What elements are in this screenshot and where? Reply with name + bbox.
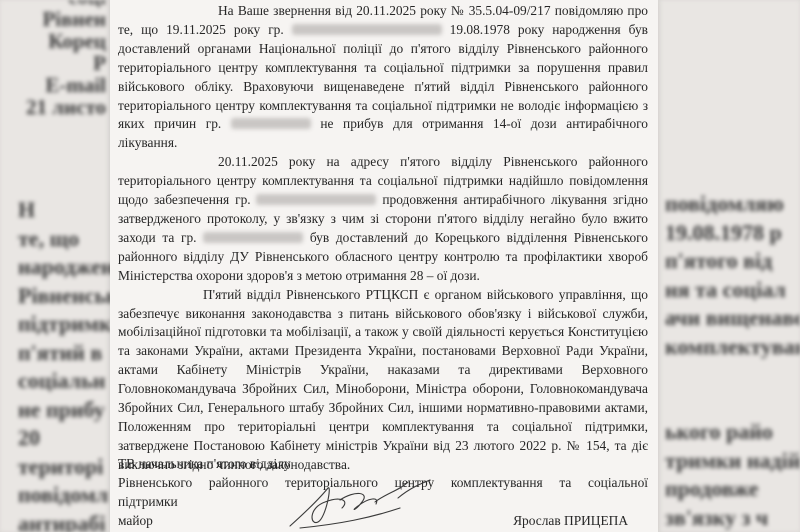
letter-paragraph: 20.11.2025 року на адресу п'ятого відділ… — [118, 153, 648, 285]
handwritten-signature-icon — [280, 478, 440, 532]
blurred-header-lines: соціРівненКорецРE-mail21 листо — [26, 0, 106, 118]
redacted-name — [203, 232, 303, 243]
blurred-background-left: соціРівненКорецРE-mail21 листо Нте, щона… — [0, 0, 112, 532]
redacted-name — [231, 118, 311, 129]
letter-body: На Ваше звернення від 20.11.2025 року № … — [118, 2, 648, 475]
letter-paragraph: П'ятий відділ Рівненського РТЦКСП є орга… — [118, 286, 648, 475]
signatory-title-line1: ТВ начальника п'ятого відділу — [118, 455, 648, 474]
blurred-body-lines: Нте, щонародженРівненськпідтримкп'ятий в… — [18, 196, 112, 532]
blurred-background-right: повідомляю19.08.1978 рп'ятого відня та с… — [655, 0, 800, 532]
redacted-name — [292, 24, 442, 35]
letter-paragraph: На Ваше звернення від 20.11.2025 року № … — [118, 2, 648, 153]
blurred-body-lines-right: повідомляю19.08.1978 рп'ятого відня та с… — [665, 190, 800, 532]
document-page: На Ваше звернення від 20.11.2025 року № … — [110, 0, 658, 532]
signatory-rank: майор — [118, 512, 153, 531]
redacted-name — [256, 194, 376, 205]
signatory-name: Ярослав ПРИЦЕПА — [513, 512, 628, 531]
